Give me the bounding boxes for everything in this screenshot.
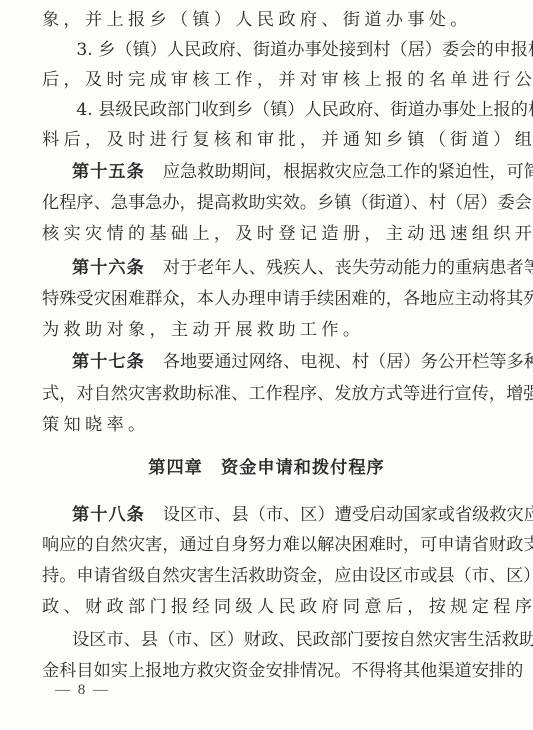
text-line: 策知晓率。 [42, 415, 472, 435]
text-line: 料后，及时进行复核和审批，并通知乡镇（街道）组织实施。 [42, 130, 472, 150]
text-line: 设区市、县（市、区）财政、民政部门要按自然灾害生活救助资 [72, 630, 472, 650]
text-line: 化程序、急事急办，提高救助实效。乡镇（街道）、村（居）委会应在 [42, 193, 472, 213]
text-line: 政、财政部门报经同级人民政府同意后，按规定程序向上申请。 [42, 597, 472, 617]
text-line: 特殊受灾困难群众，本人办理申请手续困难的，各地应主动将其列 [42, 289, 472, 309]
article-16: 第十六条对于老年人、残疾人、丧失劳动能力的重病患者等 [72, 258, 472, 278]
article-text: 应急救助期间，根据救灾应急工作的紧迫性，可简 [163, 162, 533, 182]
text-line: 3. 乡（镇）人民政府、街道办事处接到村（居）委会的申报材料 [42, 40, 472, 60]
article-label: 第十六条 [72, 258, 145, 278]
article-18: 第十八条设区市、县（市、区）遭受启动国家或省级救灾应急 [72, 505, 472, 525]
article-text: 各地要通过网络、电视、村（居）务公开栏等多种形 [163, 352, 533, 372]
article-label: 第十八条 [72, 505, 145, 525]
chapter-heading: 第四章 资金申请和拨付程序 [0, 458, 533, 478]
text-line: 4. 县级民政部门收到乡（镇）人民政府、街道办事处上报的材 [42, 100, 472, 120]
article-label: 第十七条 [72, 352, 145, 372]
article-17: 第十七条各地要通过网络、电视、村（居）务公开栏等多种形 [72, 352, 472, 372]
article-label: 第十五条 [72, 162, 145, 182]
article-15: 第十五条应急救助期间，根据救灾应急工作的紧迫性，可简 [72, 162, 472, 182]
text-line: 响应的自然灾害，通过自身努力难以解决困难时，可申请省财政支 [42, 535, 472, 555]
article-text: 设区市、县（市、区）遭受启动国家或省级救灾应急 [163, 505, 533, 525]
document-page: 象，并上报乡（镇）人民政府、街道办事处。 3. 乡（镇）人民政府、街道办事处接到… [0, 0, 533, 730]
text-line: 持。申请省级自然灾害生活救助资金，应由设区市或县（市、区）民 [42, 566, 472, 586]
text-line: 核实灾情的基础上，及时登记造册，主动迅速组织开展救助工作。 [42, 224, 472, 244]
text-line: 为救助对象，主动开展救助工作。 [42, 320, 472, 340]
page-number: — 8 — [55, 682, 110, 699]
text-line: 金科目如实上报地方救灾资金安排情况。不得将其他渠道安排的 [42, 661, 472, 681]
text-line: 式，对自然灾害救助标准、工作程序、发放方式等进行宣传，增强政 [42, 384, 472, 404]
text-line: 象，并上报乡（镇）人民政府、街道办事处。 [42, 10, 472, 30]
text-line: 后，及时完成审核工作，并对审核上报的名单进行公示。 [42, 70, 472, 90]
article-text: 对于老年人、残疾人、丧失劳动能力的重病患者等 [163, 258, 533, 278]
